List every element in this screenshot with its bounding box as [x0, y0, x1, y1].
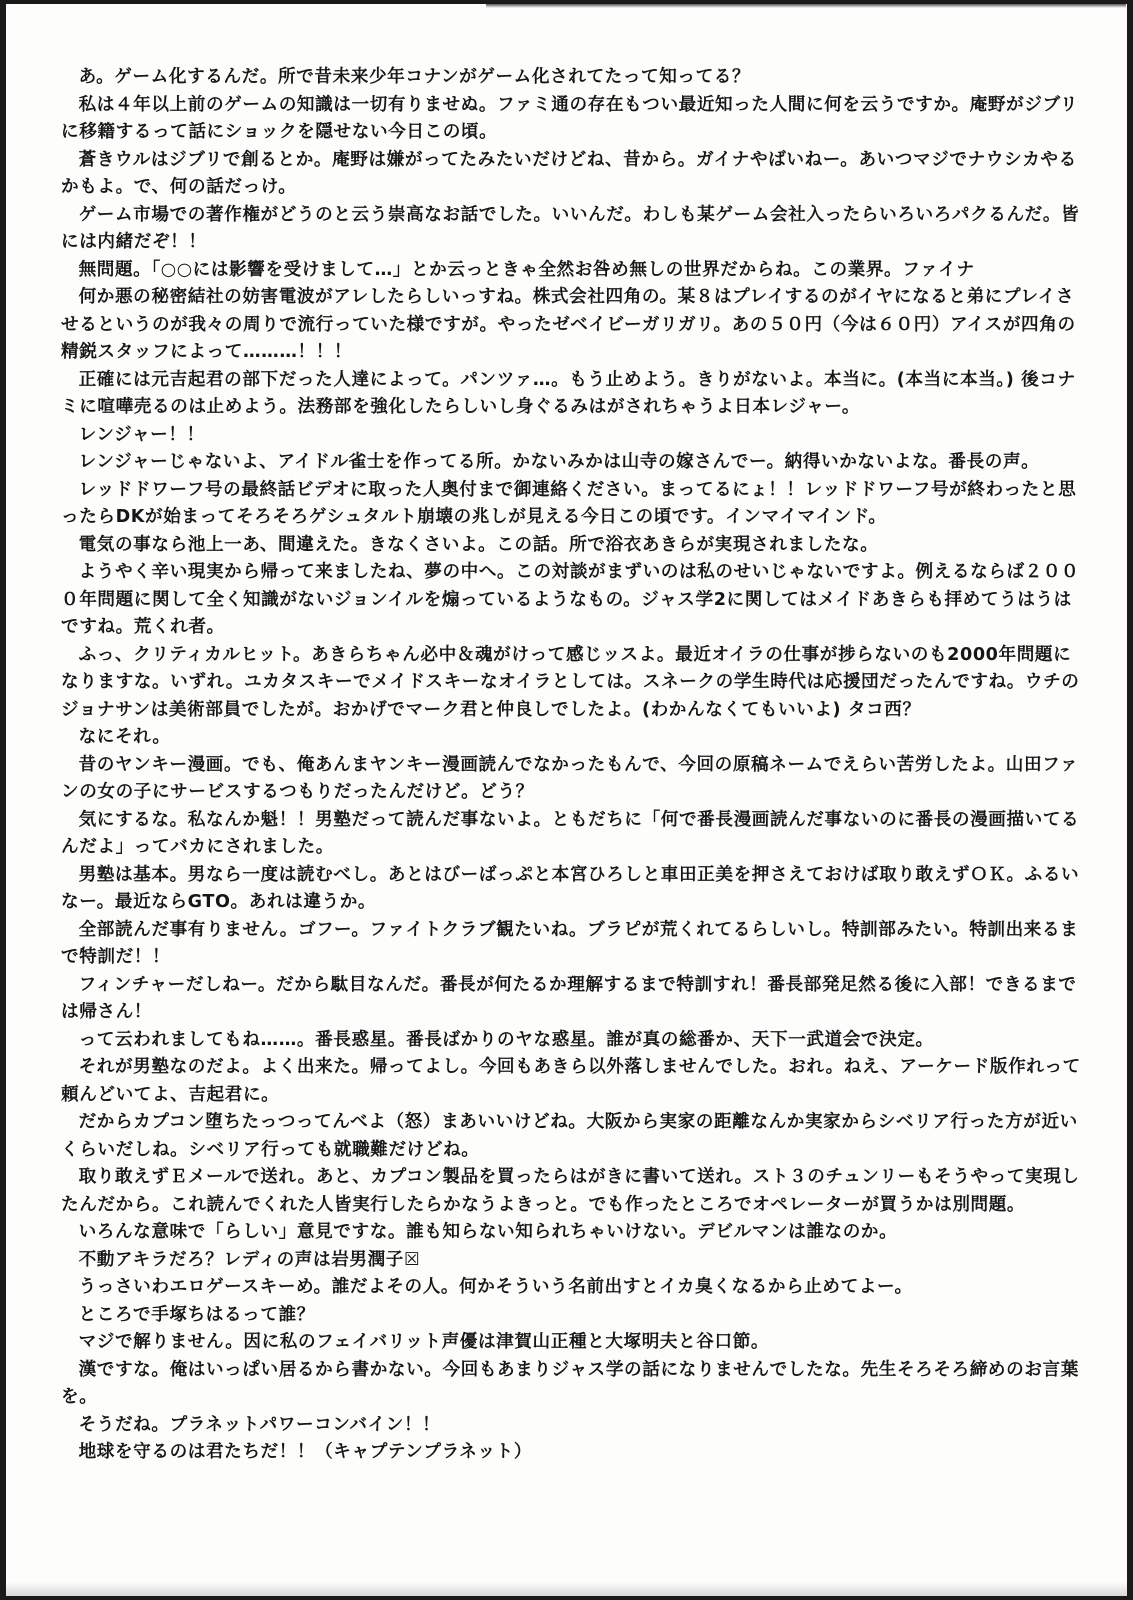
paragraph: 無問題。「○○には影響を受けまして…」とか云っときゃ全然お咎め無しの世界だからね…: [61, 257, 1081, 285]
closing-line: 地球を守るのは君たちだ！！（キャプテンプラネット）: [61, 1439, 1081, 1467]
paragraph: 取り敢えずＥメールで送れ。あと、カプコン製品を買ったらはがきに書いて送れ。スト３…: [61, 1164, 1081, 1219]
paragraph: 私は４年以上前のゲームの知識は一切有りませぬ。ファミ通の存在もつい最近知った人間…: [61, 92, 1081, 147]
dialogue-text-block: あ。ゲーム化するんだ。所で昔未来少年コナンがゲーム化されてたって知ってる？ 私は…: [61, 64, 1081, 1467]
paragraph: レンジャーじゃないよ、アイドル雀士を作ってる所。かないみかは山寺の嫁さんでー。納…: [61, 449, 1081, 477]
paragraph: 蒼きウルはジブリで創るとか。庵野は嫌がってたみたいだけどね、昔から。ガイナやばい…: [61, 147, 1081, 202]
paragraph: うっさいわエロゲースキーめ。誰だよその人。何かそういう名前出すとイカ臭くなるから…: [61, 1274, 1081, 1302]
paragraph: 電気の事なら池上一あ、間違えた。きなくさいよ。この話。所で浴衣あきらが実現されま…: [61, 532, 1081, 560]
paragraph: そうだね。プラネットパワーコンバイン！！: [61, 1412, 1081, 1440]
paragraph: ふっ、クリティカルヒット。あきらちゃん必中＆魂がけって感じッスよ。最近オイラの仕…: [61, 642, 1081, 725]
scanned-page: あ。ゲーム化するんだ。所で昔未来少年コナンがゲーム化されてたって知ってる？ 私は…: [6, 4, 1127, 1596]
paragraph: それが男塾なのだよ。よく出来た。帰ってよし。今回もあきら以外落しませんでした。お…: [61, 1054, 1081, 1109]
paragraph: 男塾は基本。男なら一度は読むべし。あとはびーばっぷと本宮ひろしと車田正美を押さえ…: [61, 862, 1081, 917]
paragraph: 正確には元吉起君の部下だった人達によって。パンツァ…。もう止めよう。きりがないよ…: [61, 367, 1081, 422]
paragraph: あ。ゲーム化するんだ。所で昔未来少年コナンがゲーム化されてたって知ってる？: [61, 64, 1081, 92]
paragraph: いろんな意味で「らしい」意見ですな。誰も知らない知られちゃいけない。デビルマンは…: [61, 1219, 1081, 1247]
paragraph: 漢ですな。俺はいっぱい居るから書かない。今回もあまりジャス学の話になりませんでし…: [61, 1357, 1081, 1412]
paragraph: レッドドワーフ号の最終話ビデオに取った人奥付まで御連絡ください。まってるにょ！！…: [61, 477, 1081, 532]
paragraph: 昔のヤンキー漫画。でも、俺あんまヤンキー漫画読んでなかったもんで、今回の原稿ネー…: [61, 752, 1081, 807]
paragraph: なにそれ。: [61, 724, 1081, 752]
paragraph: マジで解りません。因に私のフェイバリット声優は津賀山正種と大塚明夫と谷口節。: [61, 1329, 1081, 1357]
paragraph: ところで手塚ちはるって誰？: [61, 1302, 1081, 1330]
paragraph: ようやく辛い現実から帰って来ましたね、夢の中へ。この対談がまずいのは私のせいじゃ…: [61, 559, 1081, 642]
scan-edge-shadow: [486, 4, 1126, 8]
paragraph: ゲーム市場での著作権がどうのと云う崇高なお話でした。いいんだ。わしも某ゲーム会社…: [61, 202, 1081, 257]
scan-bottom-edge: [6, 1582, 1127, 1596]
paragraph: 不動アキラだろ？レディの声は岩男潤子☒: [61, 1247, 1081, 1275]
paragraph: だからカプコン堕ちたっつってんべよ（怒）まあいいけどね。大阪から実家の距離なんか…: [61, 1109, 1081, 1164]
paragraph: 何か悪の秘密結社の妨害電波がアレしたらしいっすね。株式会社四角の。某８はプレイす…: [61, 284, 1081, 367]
paragraph: レンジャー！！: [61, 422, 1081, 450]
paragraph: 気にするな。私なんか魁！！男塾だって読んだ事ないよ。ともだちに「何で番長漫画読ん…: [61, 807, 1081, 862]
paragraph: フィンチャーだしねー。だから駄目なんだ。番長が何たるか理解するまで特訓すれ！番長…: [61, 972, 1081, 1027]
paragraph: 全部読んだ事有りません。ゴフー。ファイトクラブ観たいね。ブラピが荒くれてるらしい…: [61, 917, 1081, 972]
paragraph: って云われましてもね……。番長惑星。番長ばかりのヤな惑星。誰が真の総番か、天下一…: [61, 1027, 1081, 1055]
